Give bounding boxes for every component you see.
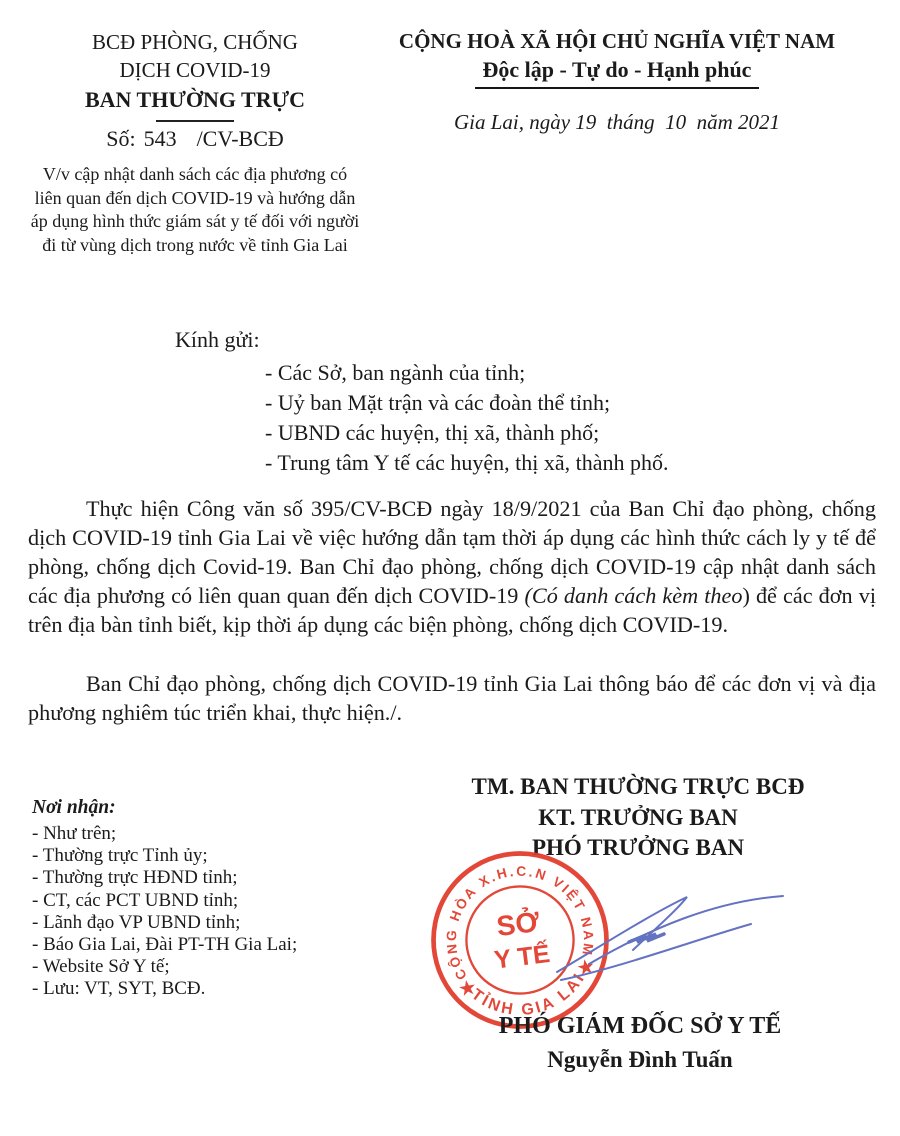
distribution-label: Nơi nhận: bbox=[32, 795, 297, 820]
signature-stroke bbox=[557, 897, 687, 972]
list-item: - Lưu: VT, SYT, BCĐ. bbox=[32, 978, 297, 1000]
stamp-center-line1: SỞ bbox=[495, 905, 541, 942]
list-item: - CT, các PCT UBND tỉnh; bbox=[32, 890, 297, 912]
list-item: - Trung tâm Y tế các huyện, thị xã, thàn… bbox=[265, 448, 668, 478]
document-number-suffix: /CV-BCĐ bbox=[197, 126, 284, 151]
signer-name: Nguyễn Đình Tuấn bbox=[440, 1045, 840, 1074]
signature-stroke bbox=[589, 896, 783, 964]
list-item: - UBND các huyện, thị xã, thành phố; bbox=[265, 418, 668, 448]
list-item: - Thường trực Tỉnh ủy; bbox=[32, 845, 297, 867]
org-divider-line bbox=[156, 120, 234, 122]
list-item: - Website Sở Y tế; bbox=[32, 956, 297, 978]
document-number-line: Số:543/CV-BCĐ bbox=[25, 124, 365, 154]
body-paragraph-2: Ban Chỉ đạo phòng, chống dịch COVID-19 t… bbox=[28, 669, 876, 727]
list-item: - Các Sở, ban ngành của tỉnh; bbox=[265, 358, 668, 388]
signing-authority-line2: KT. TRƯỞNG BAN bbox=[428, 803, 848, 834]
signing-authority-line1: TM. BAN THƯỜNG TRỰC BCĐ bbox=[428, 772, 848, 803]
signer-title: PHÓ GIÁM ĐỐC SỞ Y TẾ bbox=[440, 1011, 840, 1041]
stamp-star-left-icon: ★ bbox=[457, 977, 479, 1002]
distribution-list: - Như trên;- Thường trực Tỉnh ủy;- Thườn… bbox=[32, 823, 297, 1001]
list-item: - Như trên; bbox=[32, 823, 297, 845]
place-date-line: Gia Lai, ngày 19 tháng 10 năm 2021 bbox=[362, 110, 872, 135]
issuing-org-block: BCĐ PHÒNG, CHỐNG DỊCH COVID-19 BAN THƯỜN… bbox=[25, 28, 365, 257]
document-subject: V/v cập nhật danh sách các địa phương có… bbox=[25, 163, 365, 257]
list-item: - Báo Gia Lai, Đài PT-TH Gia Lai; bbox=[32, 934, 297, 956]
list-item: - Uỷ ban Mặt trận và các đoàn thể tỉnh; bbox=[265, 388, 668, 418]
list-item: - Thường trực HĐND tỉnh; bbox=[32, 867, 297, 889]
paragraph-italic-note: (Có danh cách kèm theo bbox=[525, 583, 743, 608]
letter-body: Thực hiện Công văn số 395/CV-BCĐ ngày 18… bbox=[28, 494, 876, 757]
signer-block: PHÓ GIÁM ĐỐC SỞ Y TẾ Nguyễn Đình Tuấn bbox=[440, 1011, 840, 1074]
salutation-label: Kính gửi: bbox=[175, 327, 260, 353]
list-item: - Lãnh đạo VP UBND tỉnh; bbox=[32, 912, 297, 934]
org-name-line3: BAN THƯỜNG TRỰC bbox=[25, 86, 365, 114]
national-motto-line1: CỘNG HOÀ XÃ HỘI CHỦ NGHĨA VIỆT NAM bbox=[362, 28, 872, 55]
salutation-recipient-list: - Các Sở, ban ngành của tỉnh;- Uỷ ban Mặ… bbox=[265, 358, 668, 478]
official-letter-page: BCĐ PHÒNG, CHỐNG DỊCH COVID-19 BAN THƯỜN… bbox=[0, 0, 900, 1136]
org-name-line1: BCĐ PHÒNG, CHỐNG bbox=[25, 28, 365, 56]
document-number-label: Số: bbox=[106, 126, 135, 151]
body-paragraph-1: Thực hiện Công văn số 395/CV-BCĐ ngày 18… bbox=[28, 494, 876, 639]
national-motto-line2: Độc lập - Tự do - Hạnh phúc bbox=[475, 56, 760, 89]
signature-ink bbox=[543, 874, 811, 1010]
signature-stroke bbox=[629, 934, 664, 942]
national-header-block: CỘNG HOÀ XÃ HỘI CHỦ NGHĨA VIỆT NAM Độc l… bbox=[362, 28, 872, 135]
document-number-value: 543 bbox=[144, 124, 177, 154]
org-name-line2: DỊCH COVID-19 bbox=[25, 56, 365, 84]
distribution-block: Nơi nhận: - Như trên;- Thường trực Tỉnh … bbox=[32, 795, 297, 1001]
